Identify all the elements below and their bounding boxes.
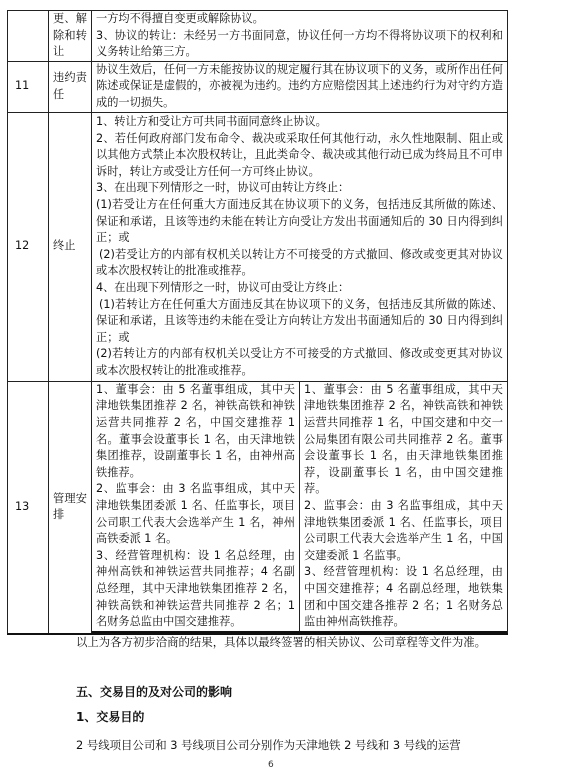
row-number: 12 <box>8 112 49 381</box>
content-line: 2、监事会：由 3 名监事组成，其中天津地铁集团委派 1 名、任监事长，项目公司… <box>304 498 503 564</box>
content-line: 1、转让方和受让方可共同书面同意终止协议。 <box>96 114 503 131</box>
row-number: 11 <box>8 61 49 112</box>
content-line: (1)若受让方在任何重大方面违反其在协议项下的义务，包括违反其所做的陈述、保证和… <box>96 197 503 247</box>
sub-heading: 1、交易目的 <box>76 708 144 725</box>
content-line: (2)若受让方的内部有权机关以转让方不可接受的方式撤回、修改或变更其对协议或本次… <box>96 247 503 280</box>
row-number: 13 <box>8 381 49 634</box>
table-row: 12 终止 1、转让方和受让方可共同书面同意终止协议。 2、若任何政府部门发布命… <box>8 112 508 381</box>
agreement-terms-table: 更、解除和转让 一方均不得擅自变更或解除协议。 3、协议的转让：未经另一方书面同… <box>7 10 508 635</box>
content-line: 1、董事会：由 5 名董事组成，其中天津地铁集团推荐 2 名，神铁高铁和神铁运营… <box>304 382 503 498</box>
row-content: 1、转让方和受让方可共同书面同意终止协议。 2、若任何政府部门发布命令、裁决或采… <box>92 112 508 381</box>
content-line: 一方均不得擅自变更或解除协议。 <box>96 11 503 28</box>
content-line: (2)若转让方的内部有权机关以受让方不可接受的方式撤回、修改或变更其对协议或本次… <box>96 346 503 379</box>
content-line: 3、经营管理机构：设 1 名总经理，由神州高铁和神铁运营共同推荐；4 名副总经理… <box>96 548 295 631</box>
row-title: 管理安排 <box>49 381 92 634</box>
table-row: 13 管理安排 1、董事会：由 5 名董事组成，其中天津地铁集团推荐 2 名，神… <box>8 381 508 634</box>
note-paragraph: 以上为各方初步洽商的结果，具体以最终签署的相关协议、公司章程等文件为准。 <box>40 634 510 651</box>
content-line: 协议生效后，任何一方未能按协议的规定履行其在协议项下的义务，或所作出任何陈述或保… <box>96 62 503 112</box>
content-line: 1、董事会：由 5 名董事组成，其中天津地铁集团推荐 2 名，神铁高铁和神铁运营… <box>96 382 295 482</box>
page-number: 6 <box>268 760 274 770</box>
document-page: 更、解除和转让 一方均不得擅自变更或解除协议。 3、协议的转让：未经另一方书面同… <box>0 0 563 777</box>
row-content-split: 1、董事会：由 5 名董事组成，其中天津地铁集团推荐 2 名，神铁高铁和神铁运营… <box>92 381 508 634</box>
row-title: 终止 <box>49 112 92 381</box>
table-row: 更、解除和转让 一方均不得擅自变更或解除协议。 3、协议的转让：未经另一方书面同… <box>8 11 508 62</box>
content-line: 2、若任何政府部门发布命令、裁决或采取任何其他行动，永久性地限制、阻止或以其他方… <box>96 131 503 181</box>
content-line: 3、在出现下列情形之一时，协议可由转让方终止： <box>96 180 503 197</box>
content-line: 3、经营管理机构：设 1 名总经理，由中国交建推荐；4 名副总经理，地铁集团和中… <box>304 564 503 630</box>
revised-arrangement: 1、董事会：由 5 名董事组成，其中天津地铁集团推荐 2 名，神铁高铁和神铁运营… <box>300 382 508 632</box>
row-title: 违约责任 <box>49 61 92 112</box>
row-content: 一方均不得擅自变更或解除协议。 3、协议的转让：未经另一方书面同意，协议任何一方… <box>92 11 508 62</box>
row-title: 更、解除和转让 <box>49 11 92 62</box>
original-arrangement: 1、董事会：由 5 名董事组成，其中天津地铁集团推荐 2 名，神铁高铁和神铁运营… <box>92 382 300 632</box>
body-paragraph: 2 号线项目公司和 3 号线项目公司分别作为天津地铁 2 号线和 3 号线的运营 <box>76 737 461 753</box>
content-line: 3、协议的转让：未经另一方书面同意，协议任何一方均不得将协议项下的权利和义务转让… <box>96 28 503 61</box>
table-row: 11 违约责任 协议生效后，任何一方未能按协议的规定履行其在协议项下的义务，或所… <box>8 61 508 112</box>
subtable-row: 1、董事会：由 5 名董事组成，其中天津地铁集团推荐 2 名，神铁高铁和神铁运营… <box>92 382 507 632</box>
content-line: 4、在出现下列情形之一时，协议可由受让方终止： <box>96 280 503 297</box>
row-content: 协议生效后，任何一方未能按协议的规定履行其在协议项下的义务，或所作出任何陈述或保… <box>92 61 508 112</box>
content-line: 2、监事会：由 3 名监事组成，其中天津地铁集团委派 1 名、任监事长，项目公司… <box>96 481 295 547</box>
section-heading: 五、交易目的及对公司的影响 <box>76 683 232 700</box>
comparison-subtable: 1、董事会：由 5 名董事组成，其中天津地铁集团推荐 2 名，神铁高铁和神铁运营… <box>92 382 507 633</box>
content-line: (1)若转让方在任何重大方面违反其在协议项下的义务，包括违反其所做的陈述、保证和… <box>96 297 503 347</box>
row-number <box>8 11 49 62</box>
